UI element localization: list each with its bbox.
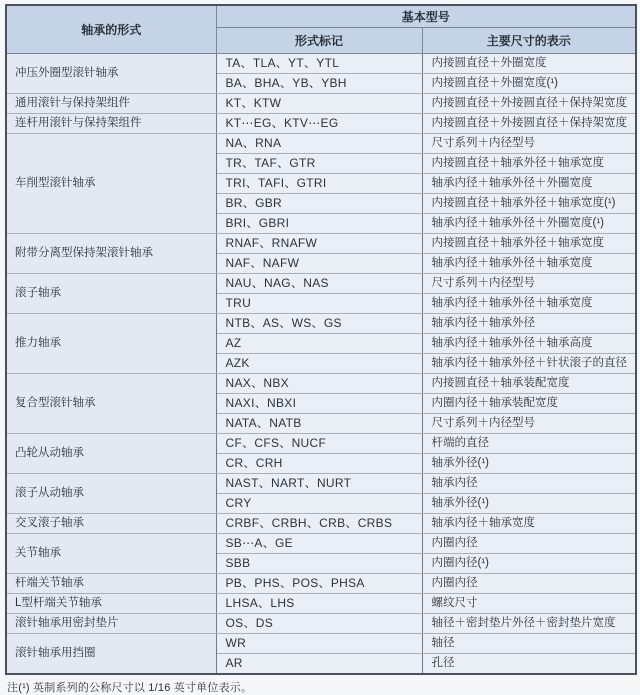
dimension-cell: 轴承内径＋轴承外径＋轴承高度 bbox=[422, 334, 636, 354]
form-mark-cell: NA、RNA bbox=[216, 134, 422, 154]
dimension-cell: 内接圆直径＋外接圆直径＋保持架宽度 bbox=[422, 114, 636, 134]
bearing-type-cell: 滚子从动轴承 bbox=[6, 474, 216, 514]
dimension-cell: 杆端的直径 bbox=[422, 434, 636, 454]
header-row-1: 轴承的形式 基本型号 bbox=[6, 5, 636, 28]
bearing-type-cell: 复合型滚针轴承 bbox=[6, 374, 216, 434]
table-row: 冲压外圈型滚针轴承TA、TLA、YT、YTL内接圆直径＋外圈宽度 bbox=[6, 54, 636, 74]
dimension-cell: 尺寸系列＋内径型号 bbox=[422, 134, 636, 154]
dimension-cell: 内接圆直径＋外接圆直径＋保持架宽度 bbox=[422, 94, 636, 114]
form-mark-cell: TRU bbox=[216, 294, 422, 314]
dimension-cell: 尺寸系列＋内径型号 bbox=[422, 414, 636, 434]
form-mark-cell: AR bbox=[216, 654, 422, 675]
bearing-type-cell: 附带分离型保持架滚针轴承 bbox=[6, 234, 216, 274]
table-row: 滚针轴承用挡圈WR轴径 bbox=[6, 634, 636, 654]
dimension-cell: 内圈内径 bbox=[422, 534, 636, 554]
form-mark-cell: NATA、NATB bbox=[216, 414, 422, 434]
bearing-type-cell: 滚针轴承用挡圈 bbox=[6, 634, 216, 675]
bearing-type-cell: 凸轮从动轴承 bbox=[6, 434, 216, 474]
table-row: 车削型滚针轴承NA、RNA尺寸系列＋内径型号 bbox=[6, 134, 636, 154]
table-row: 滚针轴承用密封垫片OS、DS轴径＋密封垫片外径＋密封垫片宽度 bbox=[6, 614, 636, 634]
table-row: 凸轮从动轴承CF、CFS、NUCF杆端的直径 bbox=[6, 434, 636, 454]
dimension-cell: 内接圆直径＋轴承外径＋轴承宽度 bbox=[422, 154, 636, 174]
dimension-cell: 内接圆直径＋外圈宽度(¹) bbox=[422, 74, 636, 94]
table-body: 冲压外圈型滚针轴承TA、TLA、YT、YTL内接圆直径＋外圈宽度BA、BHA、Y… bbox=[6, 54, 636, 675]
bearing-type-cell: 车削型滚针轴承 bbox=[6, 134, 216, 234]
dimension-cell: 轴径 bbox=[422, 634, 636, 654]
dimension-cell: 螺纹尺寸 bbox=[422, 594, 636, 614]
form-mark-cell: RNAF、RNAFW bbox=[216, 234, 422, 254]
bearing-type-cell: 滚针轴承用密封垫片 bbox=[6, 614, 216, 634]
page: 轴承的形式 基本型号 形式标记 主要尺寸的表示 冲压外圈型滚针轴承TA、TLA、… bbox=[0, 0, 640, 659]
table-row: 杆端关节轴承PB、PHS、POS、PHSA内圈内径 bbox=[6, 574, 636, 594]
dimension-cell: 轴承内径＋轴承外径 bbox=[422, 314, 636, 334]
table-row: 附带分离型保持架滚针轴承RNAF、RNAFW内接圆直径＋轴承外径＋轴承宽度 bbox=[6, 234, 636, 254]
table-row: 关节轴承SB⋯A、GE内圈内径 bbox=[6, 534, 636, 554]
form-mark-cell: WR bbox=[216, 634, 422, 654]
dimension-cell: 轴径＋密封垫片外径＋密封垫片宽度 bbox=[422, 614, 636, 634]
form-mark-cell: CRBF、CRBH、CRB、CRBS bbox=[216, 514, 422, 534]
bearing-spec-table: 轴承的形式 基本型号 形式标记 主要尺寸的表示 冲压外圈型滚针轴承TA、TLA、… bbox=[5, 4, 637, 675]
form-mark-cell: CR、CRH bbox=[216, 454, 422, 474]
dimension-cell: 轴承内径＋轴承外径＋针状滚子的直径 bbox=[422, 354, 636, 374]
dimension-cell: 尺寸系列＋内径型号 bbox=[422, 274, 636, 294]
dimension-cell: 轴承内径＋轴承外径＋外圈宽度 bbox=[422, 174, 636, 194]
dimension-cell: 内圈内径 bbox=[422, 574, 636, 594]
dimension-cell: 内接圆直径＋轴承装配宽度 bbox=[422, 374, 636, 394]
form-mark-cell: LHSA、LHS bbox=[216, 594, 422, 614]
dimension-cell: 内接圆直径＋轴承外径＋轴承宽度(¹) bbox=[422, 194, 636, 214]
form-mark-cell: NAU、NAG、NAS bbox=[216, 274, 422, 294]
table-row: 连杆用滚针与保持架组件KT⋯EG、KTV⋯EG内接圆直径＋外接圆直径＋保持架宽度 bbox=[6, 114, 636, 134]
form-mark-cell: NAF、NAFW bbox=[216, 254, 422, 274]
form-mark-cell: KT、KTW bbox=[216, 94, 422, 114]
form-mark-cell: NTB、AS、WS、GS bbox=[216, 314, 422, 334]
dimension-cell: 轴承内径＋轴承外径＋轴承宽度 bbox=[422, 254, 636, 274]
table-row: 推力轴承NTB、AS、WS、GS轴承内径＋轴承外径 bbox=[6, 314, 636, 334]
bearing-type-cell: 冲压外圈型滚针轴承 bbox=[6, 54, 216, 94]
form-mark-cell: KT⋯EG、KTV⋯EG bbox=[216, 114, 422, 134]
table-header: 轴承的形式 基本型号 形式标记 主要尺寸的表示 bbox=[6, 5, 636, 54]
header-basic-model: 基本型号 bbox=[216, 5, 636, 28]
dimension-cell: 孔径 bbox=[422, 654, 636, 675]
dimension-cell: 内圈内径＋轴承装配宽度 bbox=[422, 394, 636, 414]
footnote: 注(¹) 英制系列的公称尺寸以 1/16 英寸单位表示。 bbox=[5, 675, 635, 695]
bearing-type-cell: 关节轴承 bbox=[6, 534, 216, 574]
form-mark-cell: SB⋯A、GE bbox=[216, 534, 422, 554]
table-row: 交叉滚子轴承CRBF、CRBH、CRB、CRBS轴承内径＋轴承宽度 bbox=[6, 514, 636, 534]
form-mark-cell: TRI、TAFI、GTRI bbox=[216, 174, 422, 194]
dimension-cell: 内接圆直径＋外圈宽度 bbox=[422, 54, 636, 74]
form-mark-cell: AZ bbox=[216, 334, 422, 354]
table-row: 滚子从动轴承NAST、NART、NURT轴承内径 bbox=[6, 474, 636, 494]
bearing-type-cell: 杆端关节轴承 bbox=[6, 574, 216, 594]
form-mark-cell: BR、GBR bbox=[216, 194, 422, 214]
form-mark-cell: CRY bbox=[216, 494, 422, 514]
form-mark-cell: TR、TAF、GTR bbox=[216, 154, 422, 174]
form-mark-cell: BA、BHA、YB、YBH bbox=[216, 74, 422, 94]
form-mark-cell: NAXI、NBXI bbox=[216, 394, 422, 414]
dimension-cell: 内接圆直径＋轴承外径＋轴承宽度 bbox=[422, 234, 636, 254]
header-main-dimensions: 主要尺寸的表示 bbox=[422, 28, 636, 54]
table-row: 复合型滚针轴承NAX、NBX内接圆直径＋轴承装配宽度 bbox=[6, 374, 636, 394]
header-form-mark: 形式标记 bbox=[216, 28, 422, 54]
bearing-type-cell: 滚子轴承 bbox=[6, 274, 216, 314]
form-mark-cell: CF、CFS、NUCF bbox=[216, 434, 422, 454]
table-row: 通用滚针与保持架组件KT、KTW内接圆直径＋外接圆直径＋保持架宽度 bbox=[6, 94, 636, 114]
dimension-cell: 轴承内径＋轴承外径＋轴承宽度 bbox=[422, 294, 636, 314]
dimension-cell: 内圈内径(¹) bbox=[422, 554, 636, 574]
form-mark-cell: NAX、NBX bbox=[216, 374, 422, 394]
form-mark-cell: NAST、NART、NURT bbox=[216, 474, 422, 494]
table-row: L型杆端关节轴承LHSA、LHS螺纹尺寸 bbox=[6, 594, 636, 614]
dimension-cell: 轴承内径＋轴承外径＋外圈宽度(¹) bbox=[422, 214, 636, 234]
form-mark-cell: BRI、GBRI bbox=[216, 214, 422, 234]
bearing-type-cell: 推力轴承 bbox=[6, 314, 216, 374]
dimension-cell: 轴承外径(¹) bbox=[422, 494, 636, 514]
bearing-type-cell: 连杆用滚针与保持架组件 bbox=[6, 114, 216, 134]
bearing-type-cell: L型杆端关节轴承 bbox=[6, 594, 216, 614]
bearing-type-cell: 交叉滚子轴承 bbox=[6, 514, 216, 534]
form-mark-cell: SBB bbox=[216, 554, 422, 574]
bearing-type-cell: 通用滚针与保持架组件 bbox=[6, 94, 216, 114]
table-row: 滚子轴承NAU、NAG、NAS尺寸系列＋内径型号 bbox=[6, 274, 636, 294]
form-mark-cell: OS、DS bbox=[216, 614, 422, 634]
form-mark-cell: PB、PHS、POS、PHSA bbox=[216, 574, 422, 594]
dimension-cell: 轴承内径＋轴承宽度 bbox=[422, 514, 636, 534]
form-mark-cell: TA、TLA、YT、YTL bbox=[216, 54, 422, 74]
header-bearing-form: 轴承的形式 bbox=[6, 5, 216, 54]
dimension-cell: 轴承内径 bbox=[422, 474, 636, 494]
form-mark-cell: AZK bbox=[216, 354, 422, 374]
dimension-cell: 轴承外径(¹) bbox=[422, 454, 636, 474]
